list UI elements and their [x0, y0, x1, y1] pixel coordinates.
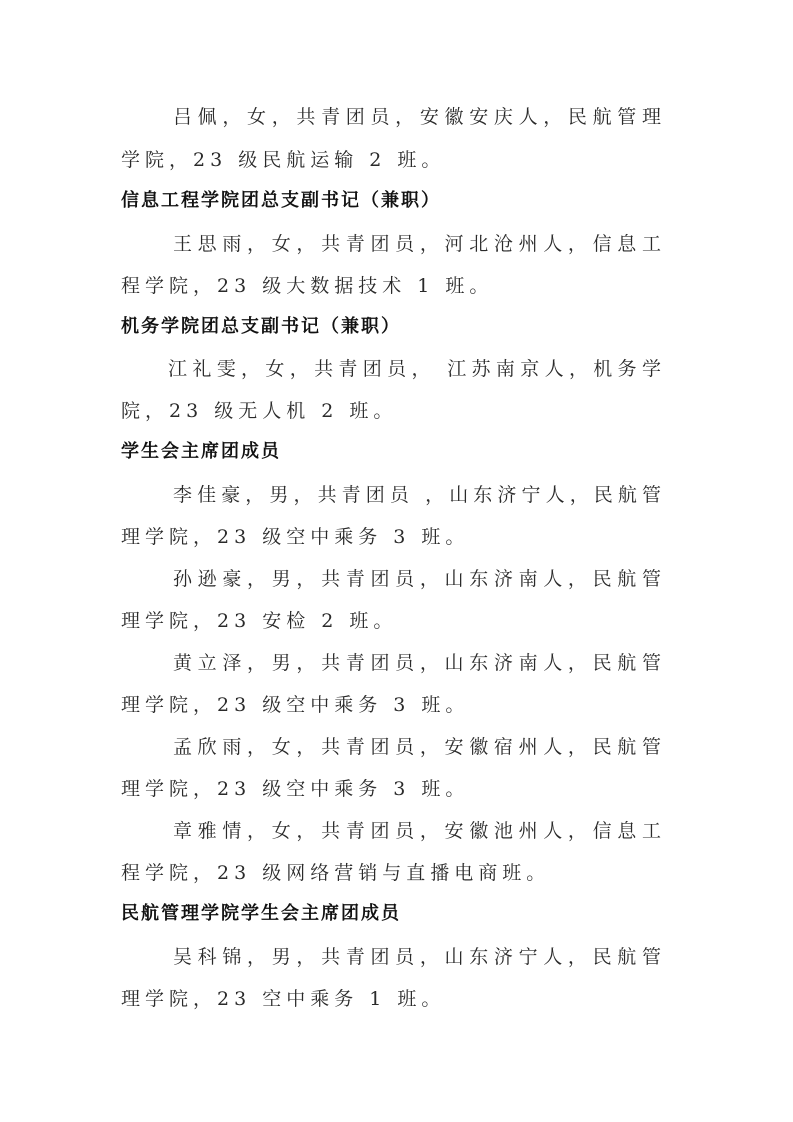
section-heading: 信息工程学院团总支副书记（兼职） — [121, 186, 661, 216]
entry-line-1: 黄立泽，男，共青团员，山东济南人，民航管 — [173, 648, 661, 678]
entry-line-2: 理学院，23 级空中乘务 3 班。 — [121, 774, 661, 804]
entry-line-1: 吕佩，女，共青团员，安徽安庆人，民航管理 — [173, 102, 661, 132]
entry-line-2: 理学院，23 空中乘务 1 班。 — [121, 984, 661, 1014]
entry-line-2: 学院，23 级民航运输 2 班。 — [121, 145, 661, 175]
entry-line-2: 程学院，23 级大数据技术 1 班。 — [121, 271, 661, 301]
section-heading: 民航管理学院学生会主席团成员 — [121, 899, 661, 929]
entry-line-2: 理学院，23 级空中乘务 3 班。 — [121, 690, 661, 720]
entry-line-2: 理学院，23 级空中乘务 3 班。 — [121, 522, 661, 552]
entry-line-1: 孙逊豪，男，共青团员，山东济南人，民航管 — [173, 564, 661, 594]
entry-line-1: 王思雨，女，共青团员，河北沧州人，信息工 — [173, 229, 661, 259]
entry-line-2: 理学院，23 安检 2 班。 — [121, 606, 661, 636]
entry-line-1: 吴科锦，男，共青团员，山东济宁人，民航管 — [173, 942, 661, 972]
entry-line-2: 院，23 级无人机 2 班。 — [121, 396, 661, 426]
entry-line-1: 孟欣雨，女，共青团员，安徽宿州人，民航管 — [173, 732, 661, 762]
entry-line-1: 江礼雯，女，共青团员， 江苏南京人，机务学 — [168, 354, 661, 384]
document-page: 吕佩，女，共青团员，安徽安庆人，民航管理 学院，23 级民航运输 2 班。 信息… — [0, 0, 793, 1122]
section-heading: 机务学院团总支副书记（兼职） — [121, 312, 661, 342]
section-heading: 学生会主席团成员 — [121, 437, 661, 467]
entry-line-2: 程学院，23 级网络营销与直播电商班。 — [121, 858, 661, 888]
entry-line-1: 李佳豪，男，共青团员 ，山东济宁人，民航管 — [173, 480, 661, 510]
entry-line-1: 章雅情，女，共青团员，安徽池州人，信息工 — [173, 816, 661, 846]
